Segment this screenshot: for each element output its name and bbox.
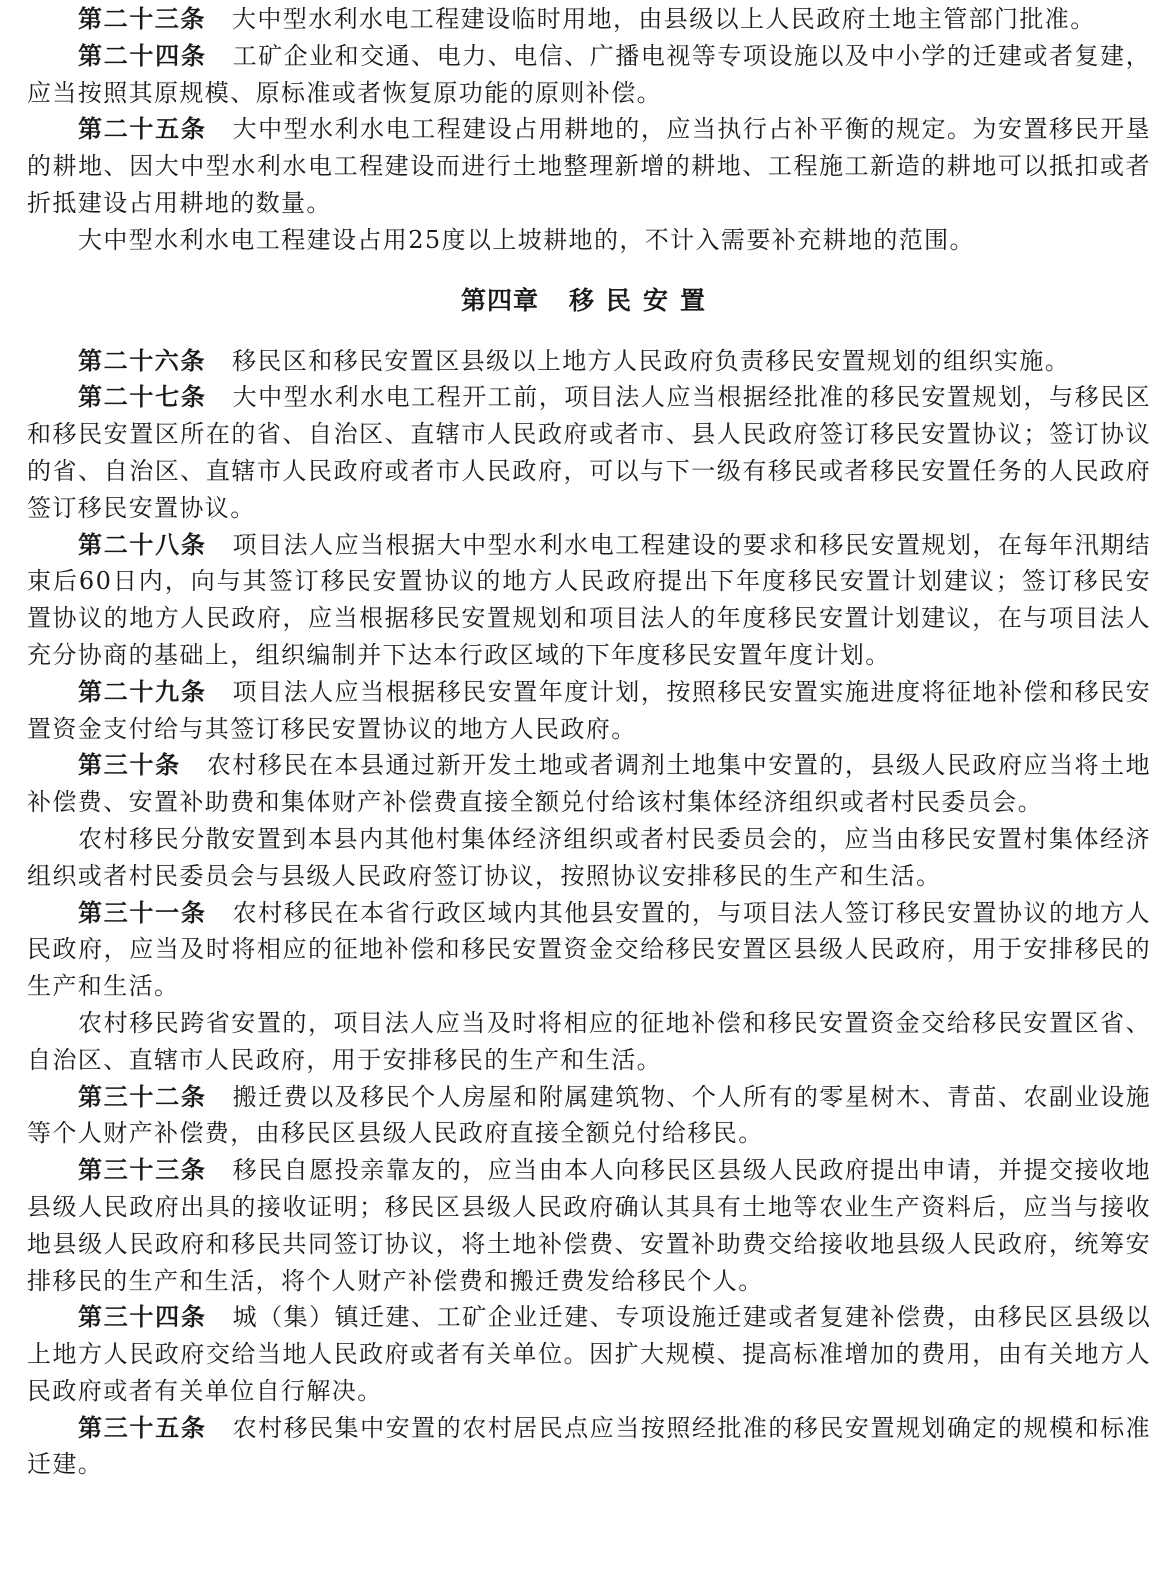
article-34: 第三十四条城（集）镇迁建、工矿企业迁建、专项设施迁建或者复建补偿费，由移民区县级… [27, 1299, 1151, 1409]
article-35: 第三十五条农村移民集中安置的农村居民点应当按照经批准的移民安置规划确定的规模和标… [27, 1410, 1151, 1484]
article-number: 第三十五条 [78, 1414, 207, 1442]
article-number: 第三十三条 [78, 1156, 207, 1184]
article-27: 第二十七条大中型水利水电工程开工前，项目法人应当根据经批准的移民安置规划，与移民… [27, 379, 1151, 526]
chapter-title: 移民安置 [569, 286, 717, 315]
article-29: 第二十九条项目法人应当根据移民安置年度计划，按照移民安置实施进度将征地补偿和移民… [27, 674, 1151, 748]
article-32: 第三十二条搬迁费以及移民个人房屋和附属建筑物、个人所有的零星树木、青苗、农副业设… [27, 1079, 1151, 1153]
article-31: 第三十一条农村移民在本省行政区域内其他县安置的，与项目法人签订移民安置协议的地方… [27, 895, 1151, 1005]
article-31-paragraph-2: 农村移民跨省安置的，项目法人应当及时将相应的征地补偿和移民安置资金交给移民安置区… [27, 1005, 1151, 1079]
article-number: 第三十二条 [78, 1083, 207, 1111]
article-24: 第二十四条工矿企业和交通、电力、电信、广播电视等专项设施以及中小学的迁建或者复建… [27, 38, 1151, 112]
article-number: 第二十八条 [78, 531, 207, 559]
article-number: 第二十五条 [78, 115, 207, 143]
article-33: 第三十三条移民自愿投亲靠友的，应当由本人向移民区县级人民政府提出申请，并提交接收… [27, 1152, 1151, 1299]
article-number: 第三十条 [78, 751, 181, 779]
article-number: 第二十九条 [78, 678, 207, 706]
article-number: 第二十四条 [78, 42, 207, 70]
document-page: 第二十三条大中型水利水电工程建设临时用地，由县级以上人民政府土地主管部门批准。 … [27, 1, 1151, 1483]
article-text: 大中型水利水电工程建设临时用地，由县级以上人民政府土地主管部门批准。 [232, 5, 1096, 33]
chapter-heading: 第四章移民安置 [27, 259, 1151, 343]
article-number: 第三十一条 [78, 899, 207, 927]
article-26: 第二十六条移民区和移民安置区县级以上地方人民政府负责移民安置规划的组织实施。 [27, 343, 1151, 380]
article-number: 第二十七条 [78, 383, 207, 411]
article-25-paragraph-2: 大中型水利水电工程建设占用25度以上坡耕地的，不计入需要补充耕地的范围。 [27, 222, 1151, 259]
article-text: 农村移民在本县通过新开发土地或者调剂土地集中安置的，县级人民政府应当将土地补偿费… [27, 751, 1151, 816]
article-number: 第二十六条 [78, 347, 206, 375]
article-30-paragraph-2: 农村移民分散安置到本县内其他村集体经济组织或者村民委员会的，应当由移民安置村集体… [27, 821, 1151, 895]
article-30: 第三十条农村移民在本县通过新开发土地或者调剂土地集中安置的，县级人民政府应当将土… [27, 747, 1151, 821]
article-25: 第二十五条大中型水利水电工程建设占用耕地的，应当执行占补平衡的规定。为安置移民开… [27, 111, 1151, 221]
article-number: 第二十三条 [78, 5, 206, 33]
article-23: 第二十三条大中型水利水电工程建设临时用地，由县级以上人民政府土地主管部门批准。 [27, 1, 1151, 38]
article-text: 移民区和移民安置区县级以上地方人民政府负责移民安置规划的组织实施。 [232, 347, 1070, 375]
article-28: 第二十八条项目法人应当根据大中型水利水电工程建设的要求和移民安置规划，在每年汛期… [27, 527, 1151, 674]
chapter-number: 第四章 [461, 286, 539, 315]
article-number: 第三十四条 [78, 1303, 207, 1331]
